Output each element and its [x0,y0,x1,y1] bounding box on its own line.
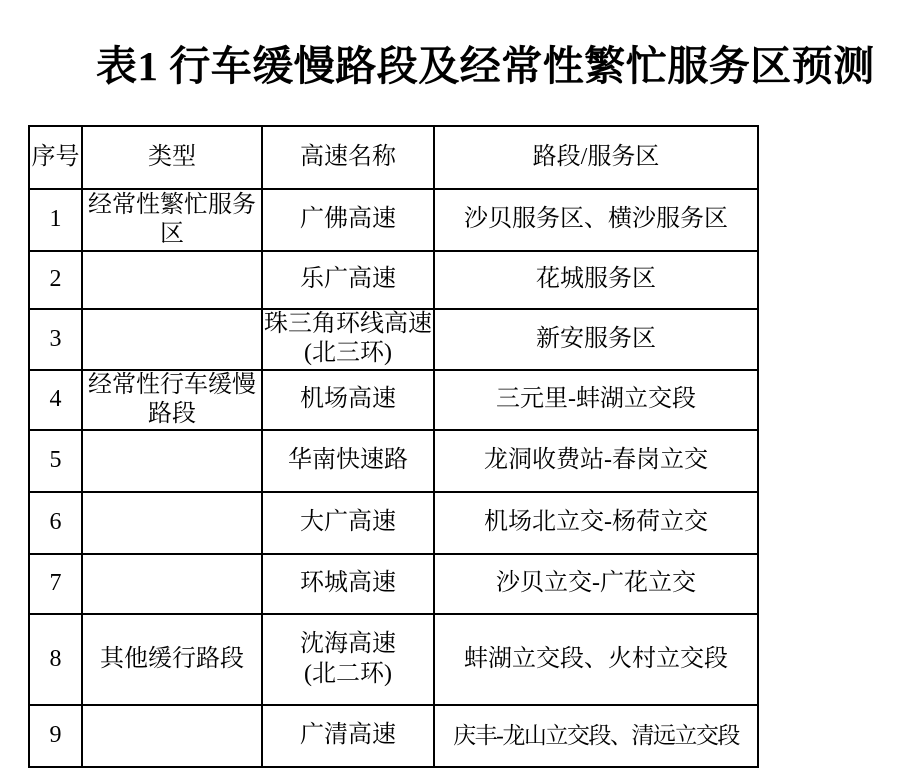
forecast-table: 序号类型高速名称路段/服务区 1经常性繁忙服务 区广佛高速沙贝服务区、横沙服务区… [28,125,759,768]
table-row: 3珠三角环线高速 (北三环)新安服务区 [29,309,758,370]
cell-section: 新安服务区 [434,309,758,370]
cell-section: 沙贝服务区、横沙服务区 [434,189,758,251]
table-row: 6大广高速机场北立交-杨荷立交 [29,492,758,554]
table-row: 9广清高速庆丰-龙山立交段、清远立交段 [29,705,758,767]
cell-highway: 乐广高速 [262,251,434,309]
cell-section: 沙贝立交-广花立交 [434,554,758,614]
table-row: 7环城高速沙贝立交-广花立交 [29,554,758,614]
table-row: 8其他缓行路段沈海高速 (北二环)蚌湖立交段、火村立交段 [29,614,758,705]
document-title: 表1 行车缓慢路段及经常性繁忙服务区预测 [96,33,875,92]
document-page: 表1 行车缓慢路段及经常性繁忙服务区预测 序号类型高速名称路段/服务区 1经常性… [0,0,904,783]
cell-section: 花城服务区 [434,251,758,309]
cell-section: 蚌湖立交段、火村立交段 [434,614,758,705]
table-row: 1经常性繁忙服务 区广佛高速沙贝服务区、横沙服务区 [29,189,758,251]
table-row: 2乐广高速花城服务区 [29,251,758,309]
cell-no: 5 [29,430,82,492]
cell-type [82,430,262,492]
column-header-type: 类型 [82,126,262,189]
header-row: 序号类型高速名称路段/服务区 [29,126,758,189]
cell-type [82,705,262,767]
column-header-highway: 高速名称 [262,126,434,189]
cell-type [82,554,262,614]
cell-highway: 华南快速路 [262,430,434,492]
cell-highway: 大广高速 [262,492,434,554]
cell-type [82,492,262,554]
cell-highway: 环城高速 [262,554,434,614]
cell-no: 9 [29,705,82,767]
cell-no: 4 [29,370,82,431]
table-row: 4经常性行车缓慢 路段机场高速三元里-蚌湖立交段 [29,370,758,431]
cell-highway: 机场高速 [262,370,434,431]
cell-no: 2 [29,251,82,309]
cell-section: 三元里-蚌湖立交段 [434,370,758,431]
cell-type: 其他缓行路段 [82,614,262,705]
cell-highway: 珠三角环线高速 (北三环) [262,309,434,370]
cell-type [82,309,262,370]
table-body: 1经常性繁忙服务 区广佛高速沙贝服务区、横沙服务区2乐广高速花城服务区3珠三角环… [29,189,758,767]
cell-no: 7 [29,554,82,614]
table-header: 序号类型高速名称路段/服务区 [29,126,758,189]
cell-highway: 沈海高速 (北二环) [262,614,434,705]
table-row: 5华南快速路龙洞收费站-春岗立交 [29,430,758,492]
cell-no: 6 [29,492,82,554]
cell-type: 经常性繁忙服务 区 [82,189,262,251]
cell-section: 龙洞收费站-春岗立交 [434,430,758,492]
cell-no: 1 [29,189,82,251]
cell-section: 机场北立交-杨荷立交 [434,492,758,554]
column-header-section: 路段/服务区 [434,126,758,189]
cell-type: 经常性行车缓慢 路段 [82,370,262,431]
cell-section: 庆丰-龙山立交段、清远立交段 [434,705,758,767]
cell-no: 3 [29,309,82,370]
cell-highway: 广清高速 [262,705,434,767]
column-header-no: 序号 [29,126,82,189]
cell-no: 8 [29,614,82,705]
cell-highway: 广佛高速 [262,189,434,251]
cell-type [82,251,262,309]
